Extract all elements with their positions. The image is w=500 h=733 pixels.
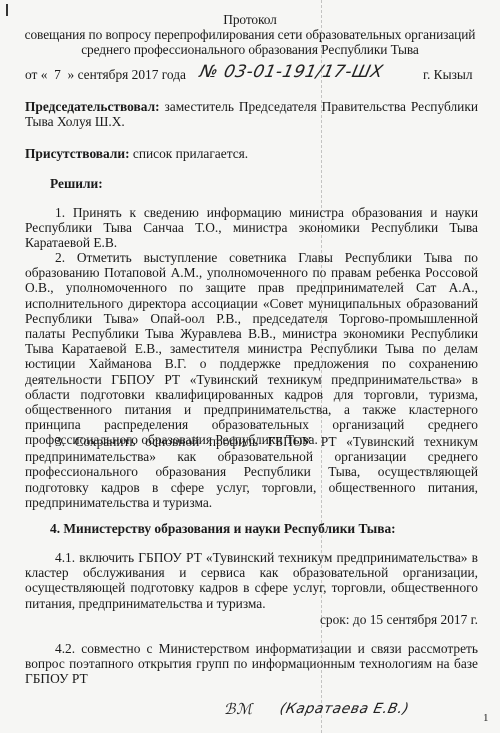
date-day: 7: [54, 67, 61, 82]
signature-initials: ℬℳ: [223, 700, 256, 718]
item-4-1-deadline: срок: до 15 сентября 2017 г.: [320, 612, 478, 627]
present-paragraph: Присутствовали: список прилагается.: [25, 146, 478, 161]
page-number: 1: [483, 711, 489, 726]
chair-label: Председательствовал:: [25, 99, 160, 114]
date-suffix: » сентября 2017 года: [68, 67, 186, 82]
present-text: список прилагается.: [130, 146, 249, 161]
present-label: Присутствовали:: [25, 146, 130, 161]
resolution-item-4-1: 4.1. включить ГБПОУ РТ «Тувинский техник…: [25, 550, 478, 611]
date-prefix: от «: [25, 67, 47, 82]
document-title: Протокол: [0, 12, 500, 27]
resolution-item-2: 2. Отметить выступление советника Главы …: [25, 250, 478, 448]
handwritten-registration-number: № 03-01-191/17-ШХ: [198, 62, 385, 82]
item-4-heading: 4. Министерству образования и науки Респ…: [50, 521, 396, 536]
document-page: Протокол совещания по вопросу перепрофил…: [0, 0, 500, 733]
document-subtitle-line1: совещания по вопросу перепрофилирования …: [0, 27, 500, 42]
signature-note: (Каратаева Е.В.): [278, 701, 410, 717]
decided-heading: Решили:: [50, 176, 103, 191]
resolution-item-4-2: 4.2. совместно с Министерством информати…: [25, 641, 478, 687]
document-subtitle-line2: среднего профессионального образования Р…: [0, 42, 500, 57]
resolution-item-1: 1. Принять к сведению информацию министр…: [25, 205, 478, 251]
resolution-item-3: 3. Сохранить основной профиль ГБПОУ РТ «…: [25, 434, 478, 510]
chair-paragraph: Председательствовал: заместитель Председ…: [25, 99, 478, 129]
date-line: от « 7 » сентября 2017 года: [25, 67, 186, 82]
city: г. Кызыл: [423, 67, 473, 82]
